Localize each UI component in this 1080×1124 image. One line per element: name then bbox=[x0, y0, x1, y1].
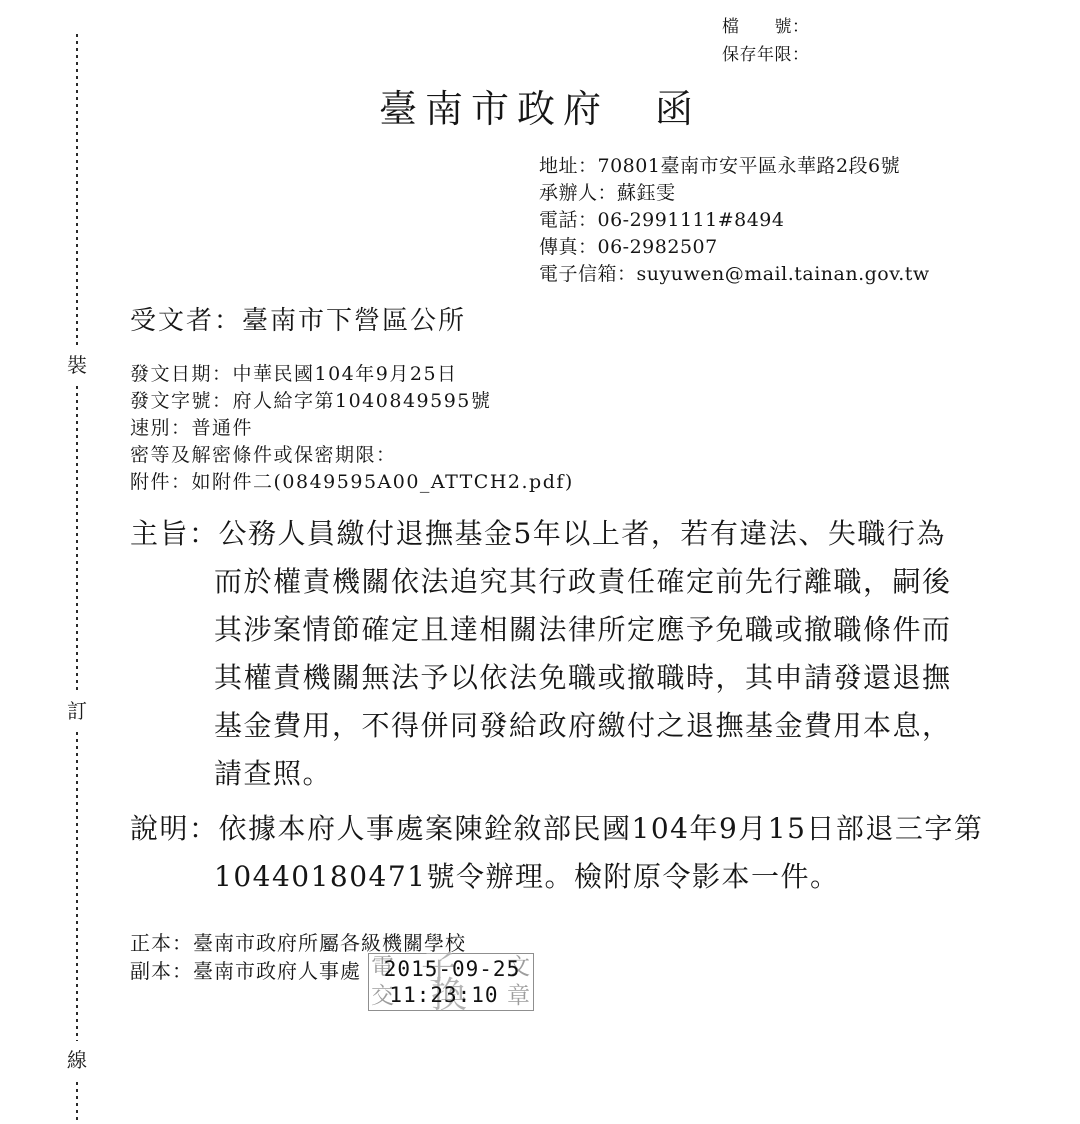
subject-line: 而於權責機關依法追究其行政責任確定前先行離職，嗣後 bbox=[130, 558, 952, 606]
document-meta-block: 發文日期：中華民國104年9月25日 發文字號：府人給字第1040849595號… bbox=[130, 361, 574, 496]
subject-block: 主旨：公務人員繳付退撫基金5年以上者，若有違法、失職行為 而於權責機關依法追究其… bbox=[130, 510, 952, 798]
binding-label-zhuang: 裝 bbox=[64, 349, 90, 378]
official-letter-page: 裝 訂 線 檔 號： 保存年限： 臺南市政府 函 地址：70801臺南市安平區永… bbox=[0, 0, 1080, 1124]
stamp-date: 2015-09-25 bbox=[369, 957, 535, 981]
issue-date: 發文日期：中華民國104年9月25日 bbox=[130, 361, 574, 388]
binding-label-ding: 訂 bbox=[64, 695, 90, 724]
archive-header: 檔 號： 保存年限： bbox=[722, 13, 810, 69]
issue-number: 發文字號：府人給字第1040849595號 bbox=[130, 388, 574, 415]
sender-fax: 傳真：06-2982507 bbox=[539, 234, 930, 261]
electronic-exchange-stamp: 電 子 文 交 換 章 2015-09-25 11:23:10 bbox=[368, 953, 534, 1011]
file-number-label: 檔 號： bbox=[722, 13, 810, 41]
binding-dotted-line-4 bbox=[76, 1082, 78, 1124]
sender-contact-person: 承辦人：蘇鈺雯 bbox=[539, 180, 930, 207]
sender-contact-block: 地址：70801臺南市安平區永華路2段6號 承辦人：蘇鈺雯 電話：06-2991… bbox=[539, 153, 930, 288]
security-class: 密等及解密條件或保密期限： bbox=[130, 442, 574, 469]
description-block: 說明：依據本府人事處案陳銓敘部民國104年9月15日部退三字第 10440180… bbox=[130, 805, 983, 901]
speed-class: 速別：普通件 bbox=[130, 415, 574, 442]
sender-phone: 電話：06-2991111#8494 bbox=[539, 207, 930, 234]
stamp-time: 11:23:10 bbox=[361, 983, 527, 1007]
description-text: 依據本府人事處案陳銓敘部民國104年9月15日部退三字第 bbox=[219, 812, 984, 845]
binding-dotted-line-2 bbox=[76, 386, 78, 692]
binding-label-xian: 線 bbox=[64, 1044, 90, 1073]
sender-address: 地址：70801臺南市安平區永華路2段6號 bbox=[539, 153, 930, 180]
description-line: 10440180471號令辦理。檢附原令影本一件。 bbox=[130, 853, 983, 901]
description-line: 說明：依據本府人事處案陳銓敘部民國104年9月15日部退三字第 bbox=[130, 805, 983, 853]
subject-text: 公務人員繳付退撫基金5年以上者，若有違法、失職行為 bbox=[219, 517, 946, 550]
retention-period-label: 保存年限： bbox=[722, 41, 810, 69]
subject-line: 其權責機關無法予以依法免職或撤職時，其申請發還退撫 bbox=[130, 654, 952, 702]
subject-line: 請查照。 bbox=[130, 750, 952, 798]
subject-line: 主旨：公務人員繳付退撫基金5年以上者，若有違法、失職行為 bbox=[130, 510, 952, 558]
subject-line: 基金費用，不得併同發給政府繳付之退撫基金費用本息， bbox=[130, 702, 952, 750]
document-title: 臺南市政府 函 bbox=[0, 78, 1080, 133]
binding-dotted-line-3 bbox=[76, 732, 78, 1041]
recipient-line: 受文者：臺南市下營區公所 bbox=[130, 300, 466, 337]
description-label: 說明： bbox=[130, 812, 219, 845]
sender-email: 電子信箱：suyuwen@mail.tainan.gov.tw bbox=[539, 261, 930, 288]
attachment-line: 附件：如附件二(0849595A00_ATTCH2.pdf) bbox=[130, 469, 574, 496]
subject-label: 主旨： bbox=[130, 517, 219, 550]
subject-line: 其涉案情節確定且達相關法律所定應予免職或撤職條件而 bbox=[130, 606, 952, 654]
